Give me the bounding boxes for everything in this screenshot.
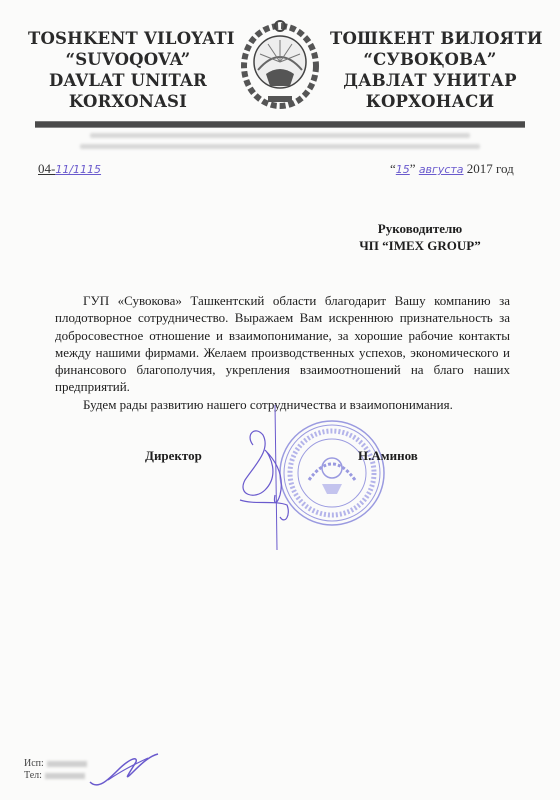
header-divider <box>35 121 525 128</box>
reference-number: 04-11/1115 <box>38 161 101 177</box>
signatory-name: Н.Аминов <box>358 448 418 464</box>
redacted-phone <box>45 773 85 779</box>
handwritten-signature-icon <box>225 405 315 555</box>
addressee-block: Руководителю ЧП “IMEX GROUP” <box>330 220 510 254</box>
header-left-line: KORXONASI <box>28 91 228 112</box>
header-left-latin: TOSHKENT VILOYATI “SUVOQOVA” DAVLAT UNIT… <box>28 28 228 112</box>
date-day: 15 <box>396 163 410 176</box>
footer-contacts: Исп: Тел: <box>24 758 87 782</box>
initials-signature-icon <box>88 750 168 790</box>
date-month: августа <box>419 163 464 176</box>
header-right-line: КОРХОНАСИ <box>330 91 530 112</box>
header-right-cyrillic: ТОШКЕНТ ВИЛОЯТИ “СУВОҚОВА” ДАВЛАТ УНИТАР… <box>330 28 530 112</box>
body-paragraph: ГУП «Сувокова» Ташкентский области благо… <box>55 292 510 396</box>
redacted-executor <box>47 761 87 767</box>
reference-handwritten: 11/1115 <box>55 163 101 176</box>
header-left-line: “SUVOQOVA” <box>28 49 228 70</box>
coat-of-arms-icon <box>240 14 320 114</box>
header-right-line: ДАВЛАТ УНИТАР <box>330 70 530 91</box>
header-left-line: DAVLAT UNITAR <box>28 70 228 91</box>
header-right-line: ТОШКЕНТ ВИЛОЯТИ <box>330 28 530 49</box>
addressee-company: ЧП “IMEX GROUP” <box>330 237 510 254</box>
date-year: 2017 год <box>467 161 514 176</box>
redacted-contact-line <box>80 144 480 149</box>
header-right-line: “СУВОҚОВА” <box>330 49 530 70</box>
redacted-contact-line <box>90 133 470 138</box>
phone-label: Тел: <box>24 770 42 781</box>
letter-date: “15” августа 2017 год <box>390 161 514 177</box>
addressee-title: Руководителю <box>330 220 510 237</box>
header-left-line: TOSHKENT VILOYATI <box>28 28 228 49</box>
letter-body: ГУП «Сувокова» Ташкентский области благо… <box>55 292 510 413</box>
signatory-title: Директор <box>145 448 202 464</box>
executor-label: Исп: <box>24 758 44 769</box>
reference-prefix: 04- <box>38 161 55 176</box>
date-quote: ” <box>410 161 416 176</box>
